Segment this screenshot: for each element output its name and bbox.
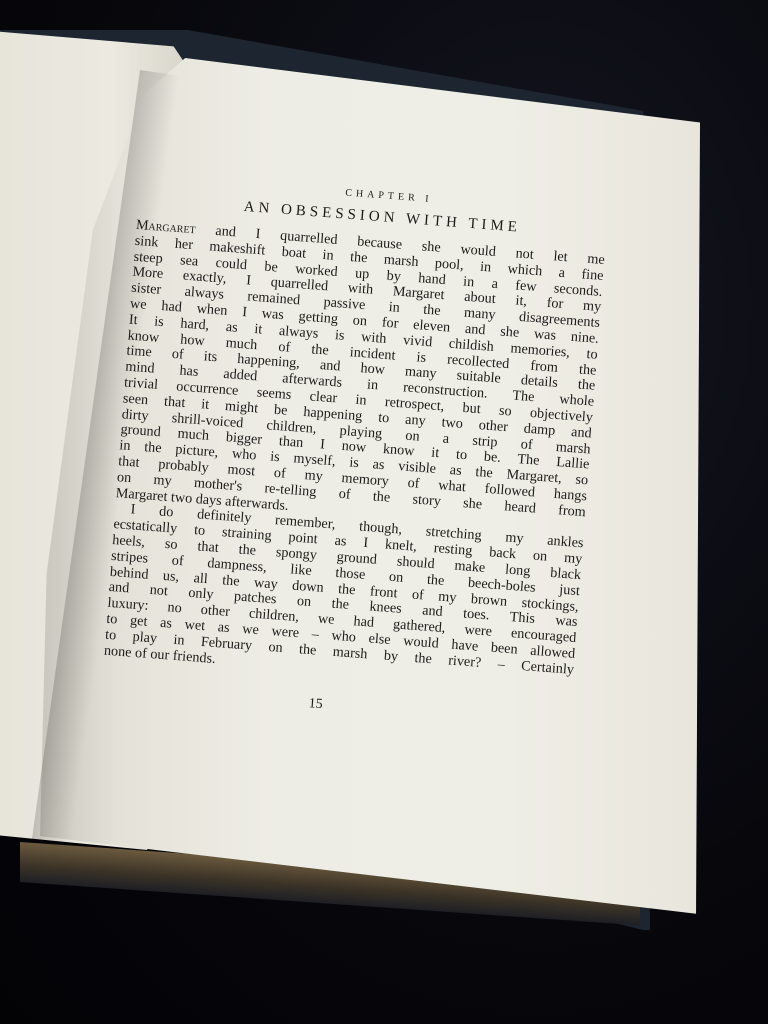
page-text-block: CHAPTER I AN OBSESSION WITH TIME Margare… (101, 172, 609, 732)
paragraph-2: I do definitely remember, though, stretc… (103, 501, 584, 694)
paragraph-1: Margaret and I quarrelled because she wo… (115, 218, 605, 537)
